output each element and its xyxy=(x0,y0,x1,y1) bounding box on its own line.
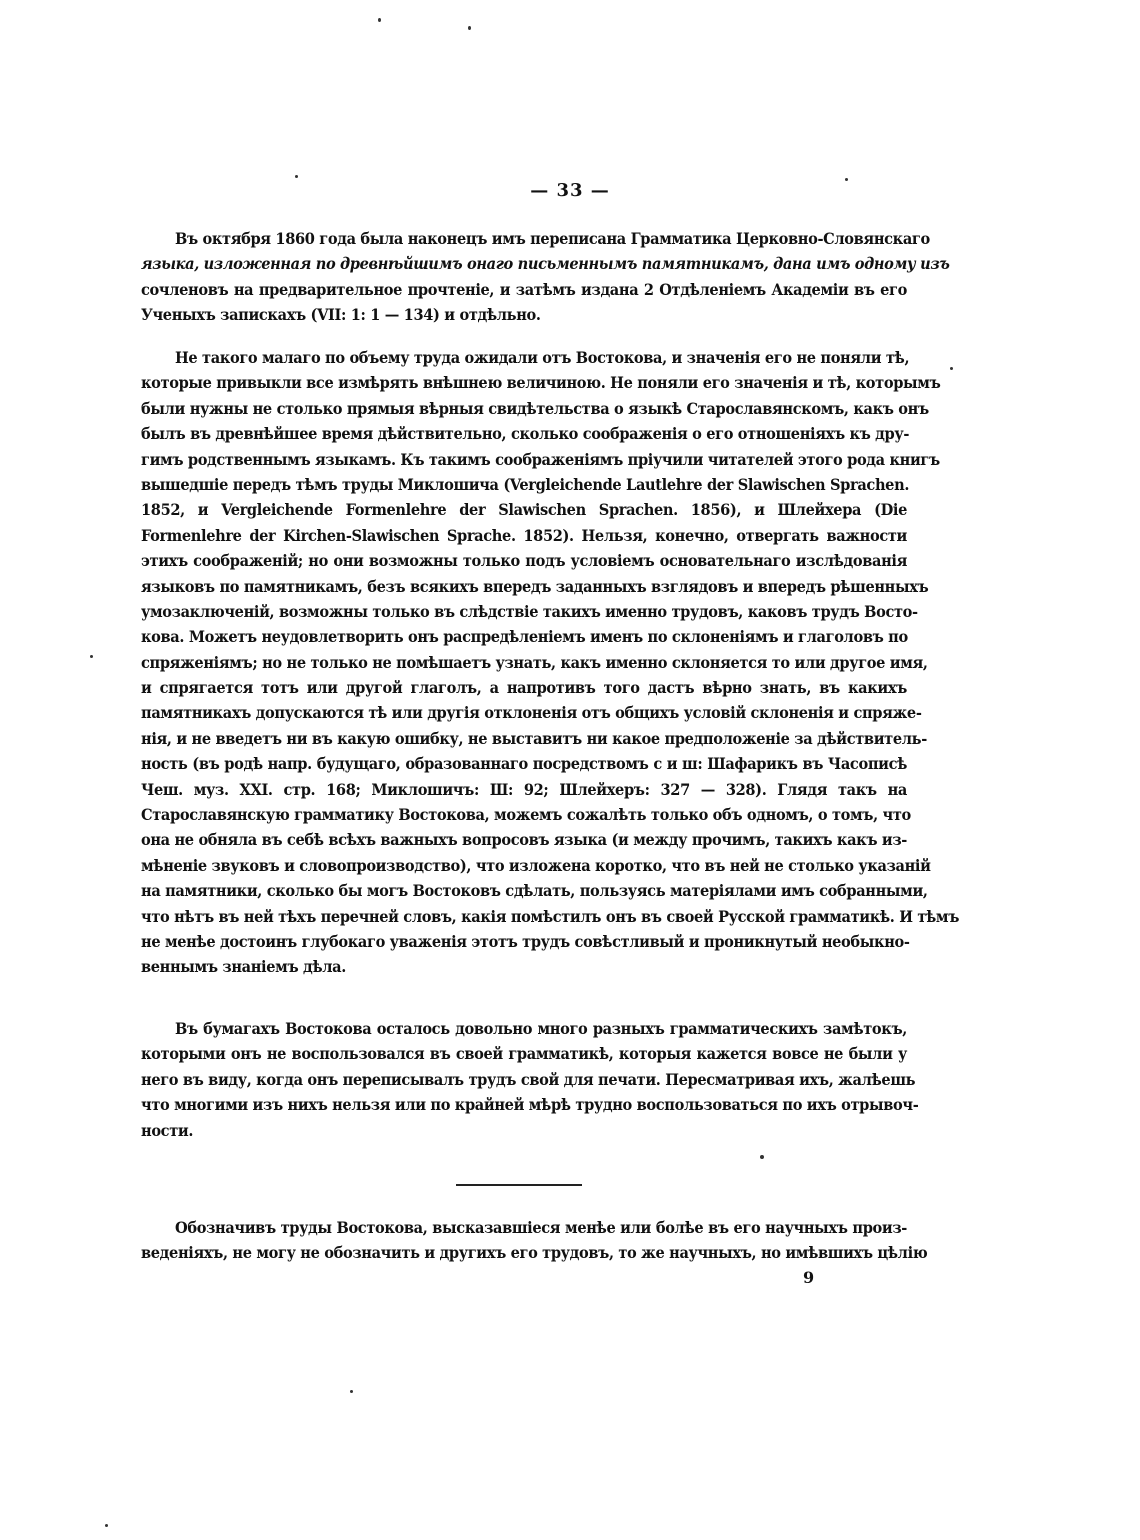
text-line: мѣненіе звуковъ и словопроизводство), чт… xyxy=(141,853,907,878)
text-line: Старославянскую грамматику Востокова, мо… xyxy=(141,802,907,827)
line-text: 1852, и Vergleichende Formenlehre der Sl… xyxy=(141,500,907,519)
line-text: ность (въ родѣ напр. будущаго, образован… xyxy=(141,754,907,773)
scan-speck xyxy=(105,1524,108,1527)
section-divider-rule xyxy=(456,1184,582,1186)
line-text: умозаключеній, возможны только въ слѣдст… xyxy=(141,602,918,621)
text-line: Въ октября 1860 года была наконецъ имъ п… xyxy=(141,226,907,251)
text-line: были нужны не столько прямыя вѣрныя свид… xyxy=(141,396,907,421)
scan-speck xyxy=(378,18,381,22)
line-text: памятникахъ допускаются тѣ или другія от… xyxy=(141,703,922,722)
text-line: былъ въ древнѣйшее время дѣйствительно, … xyxy=(141,421,907,446)
text-line: и спрягается тотъ или другой глаголъ, а … xyxy=(141,675,907,700)
line-text: сочленовъ на предварительное прочтеніе, … xyxy=(141,280,907,299)
text-line: ности. xyxy=(141,1118,907,1143)
text-line: языка, изложенная по древнѣйшимъ онаго п… xyxy=(141,251,907,276)
line-text: Въ октября 1860 года была наконецъ имъ п… xyxy=(175,229,930,248)
text-line: этихъ соображеній; но они возможны тольк… xyxy=(141,548,907,573)
line-text: вышедшіе передъ тѣмъ труды Миклошича (Ve… xyxy=(141,475,909,494)
text-line: Въ бумагахъ Востокова осталось довольно … xyxy=(141,1016,907,1041)
line-text: него въ виду, когда онъ переписывалъ тру… xyxy=(141,1070,915,1089)
line-text: которые привыкли все измѣрять внѣшнею ве… xyxy=(141,373,940,392)
text-line: кова. Можетъ неудовлетворить онъ распред… xyxy=(141,624,907,649)
text-line: что нѣтъ въ ней тѣхъ перечней словъ, как… xyxy=(141,904,907,929)
line-text: былъ въ древнѣйшее время дѣйствительно, … xyxy=(141,424,909,443)
text-line: языковъ по памятникамъ, безъ всякихъ впе… xyxy=(141,574,907,599)
text-line: она не обняла въ себѣ всѣхъ важныхъ вопр… xyxy=(141,827,907,852)
text-line: сочленовъ на предварительное прочтеніе, … xyxy=(141,277,907,302)
signature-mark: 9 xyxy=(803,1268,814,1287)
text-line: Formenlehre der Kirchen-Slawischen Sprac… xyxy=(141,523,907,548)
line-text: языка, изложенная по древнѣйшимъ онаго п… xyxy=(141,254,950,273)
paragraph-4: Обозначивъ труды Востокова, высказавшіес… xyxy=(141,1215,907,1266)
text-line: что многими изъ нихъ нельзя или по крайн… xyxy=(141,1092,907,1117)
text-line: умозаключеній, возможны только въ слѣдст… xyxy=(141,599,907,624)
line-text: Обозначивъ труды Востокова, высказавшіес… xyxy=(175,1218,907,1237)
line-text: языковъ по памятникамъ, безъ всякихъ впе… xyxy=(141,577,928,596)
line-text: веннымъ знаніемъ дѣла. xyxy=(141,957,346,976)
line-text: что многими изъ нихъ нельзя или по крайн… xyxy=(141,1095,918,1114)
scan-speck xyxy=(468,26,471,30)
page-number-header: — 33 — xyxy=(0,180,1140,201)
text-line: 1852, и Vergleichende Formenlehre der Sl… xyxy=(141,497,907,522)
text-line: не менѣе достоинъ глубокаго уваженія это… xyxy=(141,929,907,954)
scan-speck xyxy=(295,175,298,178)
text-line: Не такого малаго по объему труда ожидали… xyxy=(141,345,907,370)
text-line: веннымъ знаніемъ дѣла. xyxy=(141,954,907,979)
text-line: памятникахъ допускаются тѣ или другія от… xyxy=(141,700,907,725)
line-text: Formenlehre der Kirchen-Slawischen Sprac… xyxy=(141,526,907,545)
text-line: Ученыхъ запискахъ (VII: 1: 1 — 134) и от… xyxy=(141,302,907,327)
line-text: Ученыхъ запискахъ (VII: 1: 1 — 134) и от… xyxy=(141,305,541,324)
text-line: веденіяхъ, не могу не обозначить и други… xyxy=(141,1240,907,1265)
line-text: и спрягается тотъ или другой глаголъ, а … xyxy=(141,678,907,697)
line-text: кова. Можетъ неудовлетворить онъ распред… xyxy=(141,627,908,646)
scan-speck xyxy=(760,1155,764,1159)
line-text: которыми онъ не воспользовался въ своей … xyxy=(141,1044,907,1063)
text-line: нія, и не введетъ ни въ какую ошибку, не… xyxy=(141,726,907,751)
text-line: которыми онъ не воспользовался въ своей … xyxy=(141,1041,907,1066)
text-line: гимъ родственнымъ языкамъ. Къ такимъ соо… xyxy=(141,447,907,472)
line-text: гимъ родственнымъ языкамъ. Къ такимъ соо… xyxy=(141,450,940,469)
line-text: ности. xyxy=(141,1121,193,1140)
line-text: этихъ соображеній; но они возможны тольк… xyxy=(141,551,907,570)
line-text: Старославянскую грамматику Востокова, мо… xyxy=(141,805,911,824)
text-line: вышедшіе передъ тѣмъ труды Миклошича (Ve… xyxy=(141,472,907,497)
line-text: были нужны не столько прямыя вѣрныя свид… xyxy=(141,399,929,418)
line-text: на памятники, сколько бы могъ Востоковъ … xyxy=(141,881,928,900)
line-text: Въ бумагахъ Востокова осталось довольно … xyxy=(175,1019,907,1038)
paragraph-3: Въ бумагахъ Востокова осталось довольно … xyxy=(141,1016,907,1143)
text-line: спряженіямъ; но не только не помѣшаетъ у… xyxy=(141,650,907,675)
text-line: него въ виду, когда онъ переписывалъ тру… xyxy=(141,1067,907,1092)
paragraph-1: Въ октября 1860 года была наконецъ имъ п… xyxy=(141,226,907,328)
line-text: Не такого малаго по объему труда ожидали… xyxy=(175,348,909,367)
line-text: Чеш. муз. XXI. стр. 168; Миклошичъ: Ш: 9… xyxy=(141,780,907,799)
paragraph-2: Не такого малаго по объему труда ожидали… xyxy=(141,345,907,980)
line-text: не менѣе достоинъ глубокаго уваженія это… xyxy=(141,932,910,951)
scan-speck xyxy=(845,178,848,181)
line-text: спряженіямъ; но не только не помѣшаетъ у… xyxy=(141,653,928,672)
document-page: — 33 — Въ октября 1860 года была наконец… xyxy=(0,0,1140,1540)
text-line: Обозначивъ труды Востокова, высказавшіес… xyxy=(141,1215,907,1240)
scan-speck xyxy=(350,1390,353,1393)
line-text: нія, и не введетъ ни въ какую ошибку, не… xyxy=(141,729,927,748)
text-line: Чеш. муз. XXI. стр. 168; Миклошичъ: Ш: 9… xyxy=(141,777,907,802)
text-line: ность (въ родѣ напр. будущаго, образован… xyxy=(141,751,907,776)
line-text: мѣненіе звуковъ и словопроизводство), чт… xyxy=(141,856,931,875)
text-line: на памятники, сколько бы могъ Востоковъ … xyxy=(141,878,907,903)
line-text: что нѣтъ въ ней тѣхъ перечней словъ, как… xyxy=(141,907,959,926)
scan-speck xyxy=(90,655,93,658)
line-text: веденіяхъ, не могу не обозначить и други… xyxy=(141,1243,927,1262)
line-text: она не обняла въ себѣ всѣхъ важныхъ вопр… xyxy=(141,830,907,849)
text-line: которые привыкли все измѣрять внѣшнею ве… xyxy=(141,370,907,395)
scan-speck xyxy=(950,367,953,370)
